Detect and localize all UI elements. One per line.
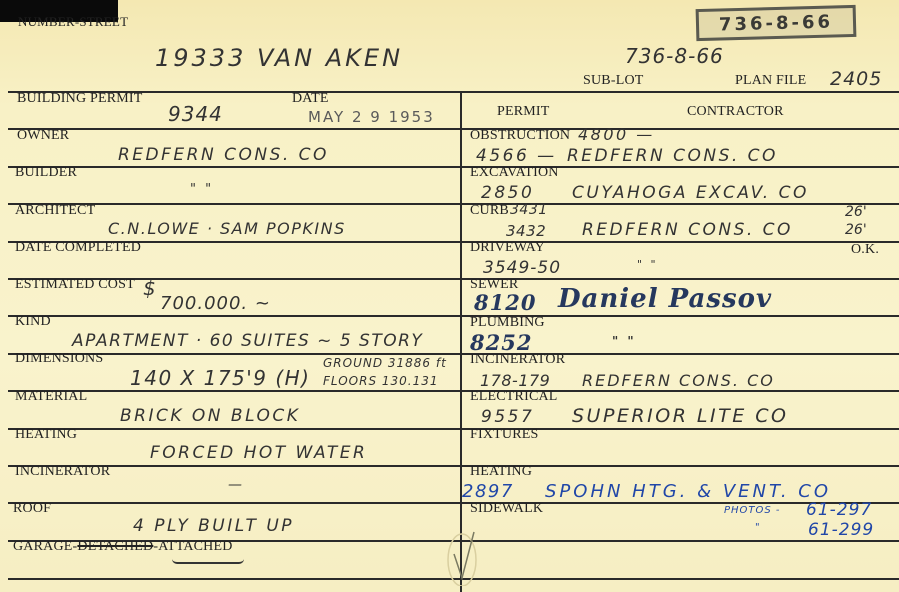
rule <box>8 128 899 130</box>
fixtures-label: FIXTURES <box>470 427 539 443</box>
incinerator-contractor: REDFERN CONS. CO <box>582 371 775 390</box>
roof-value: 4 PLY BUILT UP <box>133 516 294 536</box>
builder-value: " " <box>190 182 214 197</box>
plan-file-label: PLAN FILE <box>735 73 806 89</box>
rule <box>8 166 899 168</box>
driveway-contractor: " " <box>637 258 658 271</box>
curb-contractor: REDFERN CONS. CO <box>582 220 793 240</box>
driveway-permit: 3549-50 <box>483 258 561 278</box>
photo-ref-2: 61-299 <box>808 520 874 540</box>
sidewalk-label: SIDEWALK <box>470 501 543 517</box>
building-permit-value: 9344 <box>168 102 223 126</box>
attached-underline <box>172 559 244 564</box>
roof-label: ROOF <box>13 501 51 517</box>
sewer-permit: 8120 <box>474 290 536 315</box>
material-value: BRICK ON BLOCK <box>120 406 300 426</box>
driveway-label: DRIVEWAY <box>470 240 545 256</box>
rule <box>8 353 899 355</box>
dimensions-value: 140 X 175'9 (H) <box>130 366 311 390</box>
obstruction-inline-value: 4800 — <box>578 125 655 144</box>
electrical-label: ELECTRICAL <box>470 389 558 405</box>
rule <box>8 390 899 392</box>
rule <box>8 278 899 280</box>
floors-note: FLOORS 130.131 <box>323 374 439 388</box>
date-label: DATE <box>292 91 329 107</box>
incinerator-value: — <box>228 477 245 493</box>
address-value: 19333 VAN AKEN <box>155 44 403 72</box>
curb-label: CURB <box>470 203 509 219</box>
incinerator-right-label: INCINERATOR <box>470 352 565 368</box>
rule <box>8 428 899 430</box>
date-completed-label: DATE COMPLETED <box>15 240 141 256</box>
photo-ditto: " <box>755 522 762 533</box>
check-mark-icon <box>440 520 490 586</box>
curb-length-1: 26' <box>845 204 867 220</box>
curb-length-2: 26' <box>845 222 867 238</box>
obstruction-permit: 4566 — <box>476 146 557 166</box>
garage-prefix: GARAGE- <box>13 539 77 554</box>
heating-contractor: SPOHN HTG. & VENT. CO <box>545 481 831 502</box>
contractor-column-header: CONTRACTOR <box>687 104 784 120</box>
material-label: MATERIAL <box>15 389 87 405</box>
date-value: MAY 2 9 1953 <box>308 108 435 126</box>
architect-value: C.N.LOWE · SAM POPKINS <box>108 219 346 238</box>
incinerator-permit: 178-179 <box>480 371 550 390</box>
estimated-cost-value: 700.000. ~ <box>160 293 271 314</box>
photo-ref-1: 61-297 <box>806 500 872 520</box>
heating-right-label: HEATING <box>470 464 532 480</box>
builder-label: BUILDER <box>15 165 77 181</box>
ground-area-note: GROUND 31886 ft <box>323 356 447 370</box>
building-record-card: NUMBER-STREET 19333 VAN AKEN 736-8-66 73… <box>0 0 899 592</box>
obstruction-contractor: REDFERN CONS. CO <box>567 146 778 166</box>
garage-attached: -ATTACHED <box>153 539 232 554</box>
building-permit-label: BUILDING PERMIT <box>17 91 143 107</box>
estimated-cost-label: ESTIMATED COST <box>15 277 135 293</box>
rule <box>8 241 899 243</box>
rule <box>8 315 899 317</box>
obstruction-label: OBSTRUCTION <box>470 128 570 144</box>
lot-stamp: 736-8-66 <box>696 5 857 41</box>
excavation-label: EXCAVATION <box>470 165 559 181</box>
rule <box>8 465 899 467</box>
column-divider <box>460 91 462 592</box>
rule <box>8 203 899 205</box>
heating-value: FORCED HOT WATER <box>150 443 367 463</box>
architect-label: ARCHITECT <box>15 203 95 219</box>
plumbing-contractor: " " <box>612 334 636 348</box>
owner-value: REDFERN CONS. CO <box>118 145 329 165</box>
sublot-value: 736-8-66 <box>625 44 724 68</box>
heating-permit: 2897 <box>462 481 514 502</box>
heating-label: HEATING <box>15 427 77 443</box>
curb-inline-value: 3431 <box>510 202 548 218</box>
garage-detached-struck: DETACHED <box>77 539 153 554</box>
excavation-permit: 2850 <box>481 183 534 203</box>
garage-label: GARAGE-DETACHED-ATTACHED <box>13 539 233 555</box>
electrical-contractor: SUPERIOR LITE CO <box>572 405 789 427</box>
permit-column-header: PERMIT <box>497 104 550 120</box>
dimensions-label: DIMENSIONS <box>15 351 103 367</box>
excavation-contractor: CUYAHOGA EXCAV. CO <box>572 183 809 203</box>
plan-file-value: 2405 <box>830 68 882 90</box>
owner-label: OWNER <box>17 128 69 144</box>
plumbing-label: PLUMBING <box>470 315 545 331</box>
rule <box>8 502 899 504</box>
photos-label: PHOTOS - <box>724 505 781 516</box>
driveway-status: O.K. <box>851 242 879 258</box>
kind-label: KIND <box>15 314 51 330</box>
electrical-permit: 9557 <box>481 407 534 427</box>
sublot-label: SUB-LOT <box>583 73 644 89</box>
kind-value: APARTMENT · 60 SUITES ~ 5 STORY <box>72 331 423 351</box>
currency-symbol: $ <box>143 276 158 300</box>
number-street-label: NUMBER-STREET <box>18 14 128 30</box>
curb-permit: 3432 <box>506 222 546 240</box>
incinerator-label: INCINERATOR <box>15 464 110 480</box>
sewer-contractor-signature: Daniel Passov <box>558 284 772 314</box>
